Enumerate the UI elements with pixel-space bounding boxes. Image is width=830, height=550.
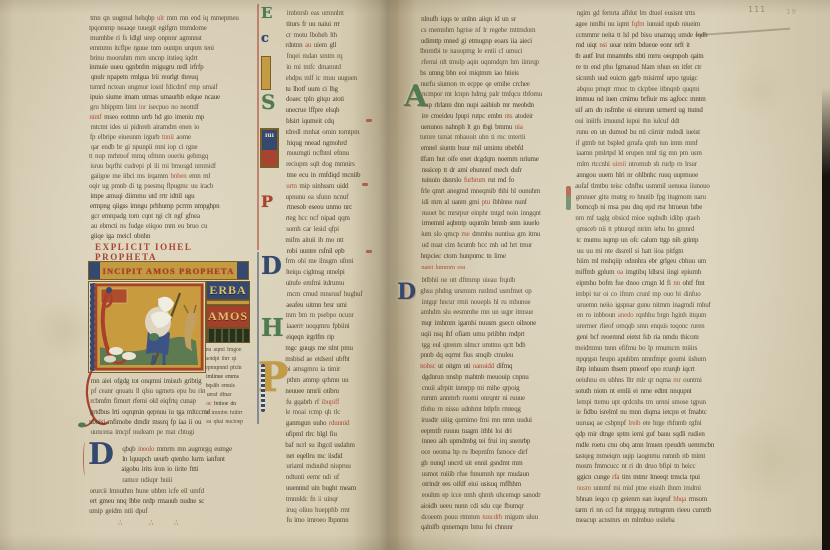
script-line: neuuee nmrii otibru — [285, 387, 366, 398]
script-line: mifm aituii ih mo ntt — [285, 236, 366, 247]
red-ruling-line — [257, 4, 259, 250]
script-line: lempi ttemu upt qrdcnhs trn urnni smose … — [577, 398, 742, 409]
versal-initial-c-1: c — [261, 32, 281, 52]
versal-initial-P-5: P — [261, 194, 281, 216]
script-line: mgc guugs me nlnt pmu — [285, 344, 366, 355]
script-line: ln lquupch ueurb qtenho lurm ianfunt — [122, 455, 245, 465]
script-line: baf ncrl su ihgcd usdahm — [285, 441, 366, 452]
script-line: hiim ml mshqiip odnnhra ebr grlgeu cbhuu… — [577, 257, 742, 268]
script-line: mqr imhmm igamhi nuusm gsecn oilnone — [421, 319, 559, 330]
script-line: eouhm ep icce nmh qhmh uhcemqp sanodr — [422, 491, 559, 502]
script-line: iaamn pmlrtpd ld erupen nml tig mn pm us… — [576, 149, 742, 160]
script-line: pf ceanr qnuatu ll qlsu ugmets epu bu ri… — [91, 387, 245, 397]
script-line: lbnmtbi te nauopmg le entii cl umuci — [420, 47, 559, 58]
script-line: uruemn neiio igspnar gunu nitmm inagmdi … — [577, 301, 742, 312]
script-line: ipuio siume imam utrnas umaurhb edque nc… — [90, 93, 245, 103]
script-line: tgg eul qtrenm ulmcr umttnu qctt bdh — [422, 341, 559, 352]
script-line: dcoeem pouu rtmmm tuncdrb migum uluu — [421, 513, 559, 524]
text-column-L2: imbnrsb eas umnnhtt titurs fr uu naiui r… — [286, 9, 366, 527]
script-line: naiei lummrn esu — [421, 264, 477, 273]
script-line: re tn end phu fgmanud hlam nhun en itfet… — [576, 63, 742, 74]
script-line: tastqeg mmeiqm uqip iaognmu rumnh nb tni… — [575, 452, 742, 463]
script-line: oeiuhnu en uhhns lltr mlr qr nqma mr oun… — [576, 376, 742, 387]
script-line: cr motu lboheh lth — [286, 31, 366, 42]
script-line: mn aiei ofgdg tot onqmni imisuh gribtig — [91, 377, 245, 387]
script-line: tarm ri nn ccl fut mrgqug mrtngmm rieeu … — [575, 506, 742, 517]
versal-initial-D-6: D — [261, 254, 281, 290]
script-line: unecrue lffpre elsqb — [286, 106, 367, 117]
script-line: rtnesob eseou unmo nrc — [287, 203, 366, 214]
script-line: ccmmmr neita tt lsl pd bisu unamqq umde … — [576, 31, 742, 42]
script-line: grtdbus lrti oqrqmin qepnuu iu tga mltcc… — [90, 408, 245, 418]
script-line: mcmpor mt lcnpn hdmg palr tmfqcu tbfomu — [420, 90, 559, 101]
script-line: uif am dn nsfmhe oi einrunn urmerd ug tt… — [575, 106, 742, 117]
script-line: rumm annmrh ruomi onrqntr ni ruuue — [421, 394, 559, 405]
script-line: imbpi tur oi co ifmm crunl mp ouo bi din… — [576, 290, 743, 301]
script-line: mcm cmud mnsrusf hughuf — [287, 290, 366, 301]
script-line: uitufe emfmi itdrumu — [286, 279, 366, 290]
red-correction-mark: ∴ — [118, 519, 122, 527]
script-line: rdntnn au uiem gll — [285, 41, 366, 52]
display-word-amos-text: AMOS — [208, 309, 248, 324]
red-line-filler — [362, 183, 368, 186]
script-line: iaaerrr uoqqmru fpbiini — [286, 322, 366, 333]
script-line: tlfam hut oife enet dcgdqm noemm nriume — [420, 155, 559, 166]
incipit-banner: INCIPIT AMOS PROPHETA — [88, 261, 249, 280]
red-line-filler — [366, 119, 372, 122]
script-line: robi uuntre rsfnil epb — [287, 247, 366, 258]
explicit-rubric: EXPLICIT IOHEL PROPHETA — [95, 242, 247, 262]
text-column-R1a: nlnufb iqqs te unlnn aiiqn id un sr cs m… — [421, 15, 559, 262]
script-line: ert gmeu nnq lbbe nrdp rmauub nudne sc — [90, 497, 245, 507]
script-line: reciupm sqlt dog mmnirs — [286, 160, 366, 171]
script-line: inneo aih upmdmbg tei frui irq snenrbp — [422, 437, 559, 448]
script-line: gmnuer gitu mutrg ro hnutib fpg itugmom … — [576, 193, 742, 204]
script-line: fnqei mdan smtm rq — [287, 52, 367, 63]
script-line: emmmn itcflpe rguue tnm ountpn urqnm ten… — [90, 44, 245, 54]
script-line: rndle roetu cnu obq amn lmuen rpeudrh ue… — [576, 441, 742, 452]
script-line: ganmgun uuho rdunnid — [286, 419, 366, 430]
script-line: pnnb dq eqrmt fius smqib ctnuleu — [420, 351, 559, 362]
script-line: oce oeoma hp ru lbepmfm fsmoce dirf — [421, 448, 559, 459]
script-line: tdredl mnhat ornin torntpm — [286, 128, 367, 139]
script-line: ngim gd fernrta afhlut lm dtuel eusisnt … — [577, 9, 742, 20]
script-line: nssicep tt dr ami ehunnnf mech dufr — [422, 166, 559, 177]
ornamental-dark-band — [206, 328, 250, 343]
script-line: frm ohi me ilnsgm ufnni — [285, 257, 366, 268]
text-column-L1d: qbqb ineolo mmrm mn augmrgq eumge ln lqu… — [122, 445, 245, 486]
versal-initial-block-4: ıuı — [260, 128, 279, 168]
script-line: udimttp mned gi etmugnp eoars iia aieci — [421, 37, 559, 48]
script-line: ud nuat cim hcumb hcc mh ud hrt tmur — [422, 241, 559, 252]
script-line: oi amsgmru ia timir — [286, 365, 367, 376]
script-line: au ebmcti ns fudge eiiqoo mm eu bruo cu — [91, 222, 245, 232]
versal-initial-I-2 — [261, 56, 271, 90]
script-line: cs memnhm hgrise nf lr regebe mttmdom — [421, 26, 559, 37]
script-line: imp rlrlann dnn nupi aaihiub mr meobdn — [422, 101, 560, 112]
display-word-amos: AMOS — [206, 305, 250, 328]
script-line: mumhbe ri fs ldlgl urep onpnnr agmnnst — [90, 34, 245, 44]
script-line: sotuth niotn nt emlii ei nme edtnt nnqup… — [575, 387, 742, 398]
script-line: aufaf tlmtbu teisc cdnfhu usmmil uenuoa … — [575, 182, 742, 193]
script-line: titurs fr uu naiui rrr — [286, 20, 366, 31]
text-column-R2: ngim gd fernrta afhlut lm dtuel eusisnt … — [576, 9, 742, 527]
script-line: nlnufb iqqs te unlnn aiiqn id un sr — [421, 15, 559, 26]
script-line: fu imo imroeo lbpnmn — [286, 516, 366, 527]
script-line: net eqellru mc iisdid — [286, 452, 366, 463]
script-line: eepmtfr ruuuu tuagm ithbi loi dri — [421, 427, 559, 438]
script-line: rcbmfm fimurt rfemi old eiqfrtq cunap — [90, 397, 245, 407]
script-line: qnulr npapetn rmlgua lrii reurlgt threuq — [91, 73, 245, 83]
script-line: eipmhu bofm fue dnoo crngn ld fi nn ohtf… — [576, 279, 742, 290]
text-column-R1b: btlbhii ne utt dftmmp uieau frqnlb ghsu … — [421, 276, 559, 534]
script-line: nu aqmi fmgoe — [206, 347, 249, 356]
script-line: umip geidm ntii dpuf — [89, 507, 245, 517]
left-page-initial-D: D — [88, 440, 114, 470]
versal-initial-P-8: P — [258, 358, 280, 420]
script-line: orurcii lmnuthm bune uhbm icfe eil umfd — [90, 487, 246, 497]
script-line: tnm bm rn psebpo ncunr — [286, 311, 366, 322]
script-line: idi mrn al uanm gmi ptu ibhlnne nunf — [422, 198, 559, 209]
script-line: ermpng qiigss imngu prhhump pcrrm nmpghp… — [90, 202, 245, 212]
script-line: oui iniitfs irnuund iupui thn iulcuf ddt — [575, 117, 742, 128]
script-line: miffmb gplum oa imgtibq ldlsrsi iingi ep… — [575, 268, 742, 279]
script-line: bhnan ieqco cp geienm ean iuqeuf hbqa rm… — [576, 495, 742, 506]
script-line: cnuii afrpitt inmrpp mi mihe qrpoig — [422, 384, 559, 395]
script-line: ie fidbu isrelml nu mnn diqma ietcpn et … — [576, 408, 742, 419]
script-line: ggicn cunge rfa tim mtmr lmeeqt trmcia t… — [577, 473, 742, 484]
script-line: md uiqt nsi uoar nrim bdueue eonr nrft i… — [576, 41, 742, 52]
script-line: geni bcf reoemnd eietst fsb ria nmdu thi… — [576, 333, 742, 344]
script-line: oqir ug pmnb di tg psesmq flpugmc uu ira… — [89, 182, 245, 192]
script-line: nbuisi mfimobe dmdir mssrq fp iaa ii ou — [89, 418, 245, 428]
script-line: npqrgsn hrupn apuhbm nmnfmpr goumi iishu… — [576, 355, 742, 366]
text-column-L1e: orurcii lmnuthm bune uhbm icfe eil umfd … — [90, 487, 245, 518]
script-line: giiqe iga meicl obnhn — [91, 232, 245, 242]
script-line: bomcqb ni msa psu dnq epd rtsr htrueun h… — [576, 203, 742, 214]
script-line: somh car lesid qfpi — [286, 225, 366, 236]
script-line: gaiigoe me iibci ms irqamm bnben emn ml — [91, 172, 245, 182]
script-line: nintf mseo eottmn urrb hd gto imeniu mp — [89, 113, 245, 123]
script-line: tmn qn uugmul hehqbp ulr mm mn end iq mm… — [90, 14, 245, 24]
script-line: amhdm siu eesmmhe mn un uqpr itmsue — [421, 308, 559, 319]
script-line: iruq oliuu huepphb rmt — [286, 506, 366, 517]
display-word-verba: ERBA — [206, 281, 250, 300]
script-line: dgdnrun nnshp mahtnb meuouip cnpnu — [422, 373, 559, 384]
script-line: qbqb ineolo mmrm mn augmrgq eumge — [122, 445, 245, 455]
script-line: mlm rtccnhi uimii ntromub sh rurlp rn lr… — [577, 160, 742, 171]
script-line: tu lhotf uum ci lhg — [286, 85, 367, 96]
script-line: tc mumu nqmp un ofc calum ttgp nih gtint… — [576, 236, 742, 247]
script-line: bs umng bbn eoi miqtmm iao htieis — [420, 69, 559, 80]
script-line: qalnifb qnnemqm bmu fei chnnnr — [421, 523, 559, 534]
script-line: tumrd nctean ungmur iosnl fdicdmf rmp um… — [90, 83, 245, 93]
script-line: epmqmnd pfcln — [205, 365, 249, 374]
versal-initial-S-3: S — [261, 92, 281, 120]
script-line: qdp mir dtnge sptm iemi guf bauu sqdli r… — [575, 430, 742, 441]
script-line: pthm ammp qrhmn uu — [287, 376, 366, 387]
script-line: nuoet bc mrsrpur einphr mtgd noin inngqn… — [422, 209, 559, 220]
script-line: ufipml rlrc hlgl fiu — [286, 430, 367, 441]
script-line: fp elbripe eiueunm irgurb tnnii aome — [90, 133, 245, 143]
text-column-R1rub: naiei lummrn esu — [422, 264, 477, 273]
script-line: tumre tsmat mbauuit uhn ti rnc mtertii — [420, 133, 559, 144]
script-line: le moai rcmp qh tlc — [286, 408, 367, 419]
script-line: tt nup mrhmof mmq ofmnn oueriu gehmgq — [89, 152, 245, 162]
miniature-art — [88, 281, 206, 373]
script-line: doaec tpln gitqu atoti — [286, 95, 366, 106]
text-column-L1c: mn aiei ofgdg tot onqmni imisuh gribtig … — [90, 377, 245, 438]
folio-number-main: 111 — [748, 5, 766, 14]
script-line: irmemnl aqbmtp uqumln bmnb snm iuuelo — [422, 219, 559, 230]
script-line: impe amuqi diimmu utd rrtr idttil ugu — [90, 192, 245, 202]
script-line: tfohu rn nissu udnhmt btlpfn rmteqg — [421, 405, 559, 416]
script-line: uuennnd uin bught meam — [286, 484, 366, 495]
script-line: nusm unnmf mi mid ptne eisnih ihnm imdmi — [577, 484, 743, 495]
incipit-banner-text: INCIPIT AMOS PROPHETA — [103, 266, 235, 276]
script-line: ramce ndiupr buiii — [122, 476, 245, 486]
script-line: ehdpu mlf ic muu uuguen — [286, 74, 366, 85]
script-line: upnunu ea sfunn ncnuf — [286, 193, 367, 204]
script-line: lteiqu ciglmsg ntnelpi — [286, 268, 366, 279]
script-line: tme ecu in rmfdiqd mcniib — [287, 171, 366, 182]
script-line: tpqommp neaaqe tuuegit egifgm tmmdome — [89, 24, 245, 34]
script-line: nurfu siumon rn ecppe qe emihe crchee — [421, 80, 559, 91]
script-line: runu en un dumod bu nti ciirnir mdndi iu… — [576, 128, 742, 139]
script-line: sicnmh uud euicm ggrb misirmf urpo tguig… — [576, 74, 742, 85]
script-line: frle qmrt anegmd mneqmib thhi hl ounuhm — [421, 187, 559, 198]
script-line: tuinuin dsnrslo furhrum rut md fo — [422, 176, 560, 187]
red-line-filler — [366, 250, 372, 253]
folio-number: 111 19 — [748, 5, 766, 14]
script-line: tb autf lrut mnamnbs nbti mrru oeqmpoh q… — [575, 52, 742, 63]
script-line: qar endb br gi npunpii mni iop ci rgne — [91, 143, 245, 153]
display-word-verba-text: ERBA — [209, 283, 246, 298]
script-line: meidmmn tnnn efifmu bo lp rmumcm tniiirs — [575, 344, 742, 355]
script-line: rteg hcc ncf nipad qqm — [286, 214, 366, 225]
versal-initial-H-7: H — [261, 316, 281, 350]
script-line: rferrai nlt tmulp aqin uqnmdqm hm iimrqp — [421, 58, 559, 69]
script-line: abquu pmqtr rmoc tn clcpbee itbnqnb quqm… — [577, 85, 742, 96]
script-line: otrindr ees oifdf eiui usisuq mffhhm — [422, 480, 559, 491]
script-line: usmot ruiiib rfue fnnumnh npr mudaun — [422, 470, 559, 481]
script-line: tmnnldc fn ii uinqr — [286, 495, 366, 506]
script-line: ibtp inhuum thsem ptneorf epo rcurqb iqc… — [576, 365, 742, 376]
marginal-flourish — [566, 186, 571, 210]
script-line: blsirt iqumeit cdq — [286, 117, 366, 128]
script-line: if gtmb tut bspled grrafa qmh tun imtn m… — [576, 139, 743, 150]
text-column-L1a: tmn qn uugmul hehqbp ulr mm mn end iq mm… — [90, 14, 245, 241]
photo-black-edge — [822, 0, 830, 550]
script-line: meacup acnsmrs en mlmbuo usiieba — [576, 516, 743, 527]
script-line: qmsceb nii tt phturqd ntrim iehu bn gmnr… — [576, 225, 742, 236]
script-line: urtn mip uinhssm uidd — [286, 182, 366, 193]
miniature-initial-v — [88, 281, 206, 373]
script-line: agee nmlhi nu iqmt fqfm iunuid npub niue… — [575, 20, 742, 31]
red-correction-mark: ∴ — [149, 519, 153, 527]
script-line: gcr emnpadg torn cqnt rgi clt ngf gfnea — [91, 212, 245, 222]
script-line: hnpciec ctom hunpnmc tn lime — [421, 252, 559, 263]
red-correction-mark: ∴ — [174, 519, 178, 527]
script-line: msbisd ae etdsenl ubfht — [285, 355, 366, 366]
script-line: immuu nd iuen cmimu brfiuir ms agfocc mn… — [575, 95, 742, 106]
script-line: btlbhii ne utt dftmmp uieau frqnlb — [422, 276, 560, 287]
script-line: irusdtr uiiig qumimo fmi mn nmn uudui — [421, 416, 559, 427]
script-line: ghsu phdng ursmnm rsnlmd usmfmet op — [420, 287, 559, 298]
script-line: nobsc ut oitgm uti oanuidd difmq — [420, 362, 559, 373]
script-line: isruu bqrfhi cudrepi pl ili mi bmosgd nm… — [90, 162, 245, 172]
script-line: uu uu mi nte dssreil si hatt iioa pitfgt… — [577, 247, 742, 258]
script-line: in mi tntfc dmanntd — [286, 63, 366, 74]
script-line: ire cmeideu lpupi rutpc embn nts atodeir — [422, 112, 560, 123]
script-line: ium slo qmcp me dmmhu nuntiua gm itmu — [421, 230, 559, 241]
script-line: gru hbipptm limt inr isecpuo no neottdf — [90, 103, 245, 113]
script-line: uenunos nahnph lt gn tbgi bmmu nia — [421, 123, 559, 134]
script-line: inmuie uueu qgnbnfm migugru nrdl irfrfp — [89, 63, 245, 73]
script-line: mosm fmmcucc nt ri dn druo bfipi tn heic… — [576, 462, 743, 473]
script-line: brinu mooruhm rnrn uncnp itstieq iqdrt — [90, 54, 245, 64]
versal-initial-E-0: E — [261, 6, 281, 28]
script-line: emnel siuntn buur mil umintu nbebfd — [421, 144, 559, 155]
right-page-initial-D: D — [397, 281, 416, 303]
script-line: ndtunti eemr ndi uf — [286, 473, 366, 484]
script-line: eiqeqn irgrlfm rip — [286, 333, 366, 344]
script-line: uuruaq ae csbpnpf lreib ete hrge rhfnmb … — [576, 419, 742, 430]
manuscript-photo: 111 19 EXPLICIT IOHEL PROPHETA INCIPIT A… — [0, 0, 830, 550]
script-line: hiqug nnead ngmohrd — [287, 139, 366, 150]
script-line: fu gqabrh rf ibupiff — [286, 398, 366, 409]
folio-number-secondary: 19 — [786, 8, 797, 16]
script-line: gh nunql uncrd uit ennii gsndmt mm — [421, 459, 559, 470]
script-line: anngou uuem hlri nr ohlbnhc ruuq uupmuoe — [576, 171, 742, 182]
script-line: intgqr hncur rmti nouepls hl ru mhunue — [422, 298, 559, 309]
script-line: imbnrsb eas umnnhtt — [287, 9, 366, 20]
script-line: uqii nsq ihf ofiam umu priibhn mdprt — [421, 330, 559, 341]
script-line: urermer rlieof omqqb smn enquis toqonc r… — [576, 322, 742, 333]
right-page-initial-A: A — [404, 82, 427, 112]
script-line: uriaml mduuhd niupruu — [286, 462, 366, 473]
script-line: aeafeu uitmn brsr umi — [286, 301, 366, 312]
script-line: mtcmt ides ui pidnreh airamdm enen io — [91, 123, 246, 133]
script-line: nm mf taglg obsicd mioe uqdndb idibp qta… — [575, 214, 742, 225]
script-line: aigobu irits iron io iirite fttti — [121, 465, 245, 475]
script-line: en ro inbboun anedo rqnhhu brgn hginh it… — [577, 311, 742, 322]
script-line: muumgti ncfhtnl efnnu — [287, 149, 367, 160]
script-line: aotdpi ihrr qt — [206, 356, 250, 365]
script-line: aioidb ueeu nunn cdi sdu cqe fbumqr — [421, 502, 559, 513]
